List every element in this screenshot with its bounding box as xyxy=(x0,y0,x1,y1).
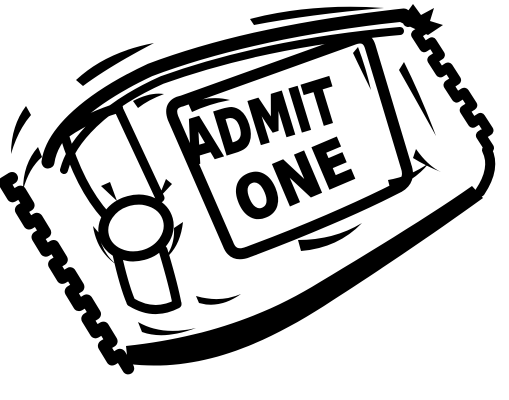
admit-one-ticket-illustration: ADMIT ONE xyxy=(0,0,509,400)
ticket-clipart-canvas: ADMIT ONE xyxy=(0,0,509,400)
gap-bottom-accent xyxy=(196,294,241,305)
stub-left-edge-upper xyxy=(64,134,106,216)
stub-bottom-accent xyxy=(138,322,196,335)
stub-right-edge-upper xyxy=(118,108,160,198)
stub-bottom-edge xyxy=(131,302,177,310)
right-bottom-corner-line xyxy=(480,150,490,192)
left-chevron-accent-1 xyxy=(11,106,31,154)
right-stub-sheen-accent xyxy=(399,62,436,136)
left-chevron-accent-2 xyxy=(23,147,42,190)
punch-hole-spike-left xyxy=(101,182,117,201)
right-perforated-edge xyxy=(408,17,489,148)
right-stub-small-accent xyxy=(413,149,441,172)
